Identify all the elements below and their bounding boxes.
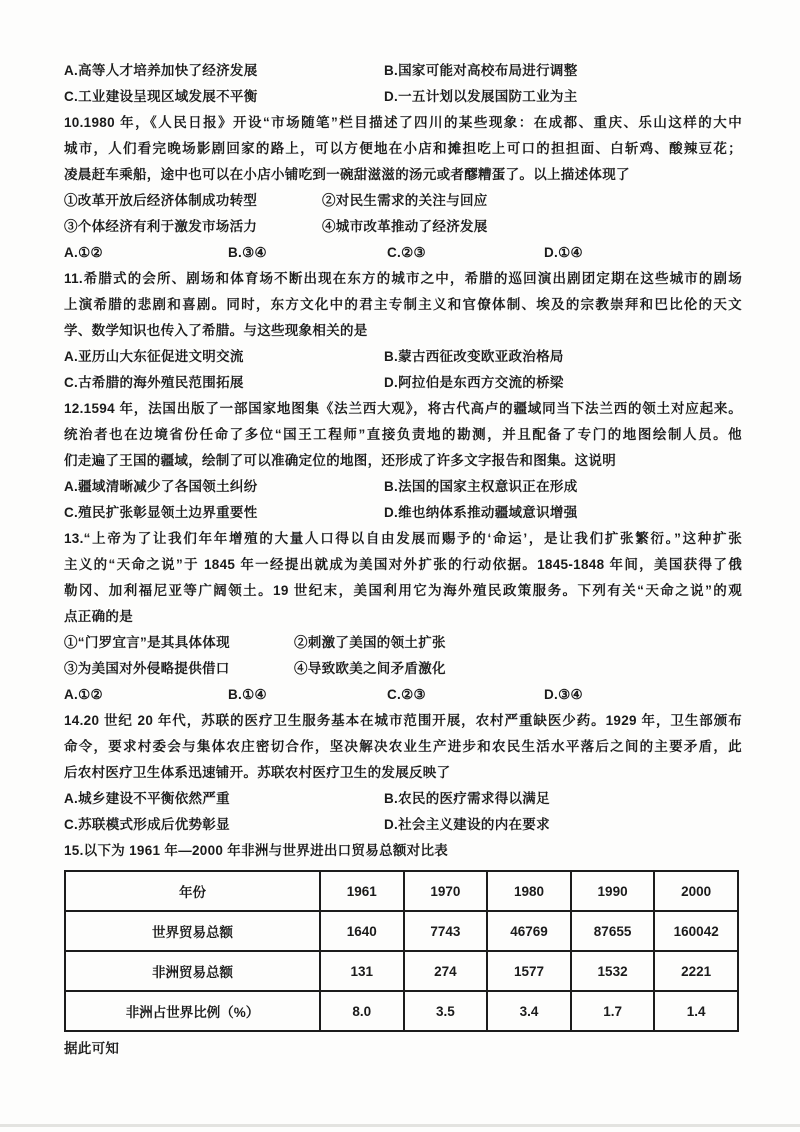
option-right: B.国家可能对高校布局进行调整 <box>384 58 578 84</box>
option-left: ①“门罗宜言”是其具体体现 <box>64 630 230 656</box>
option-right: B.法国的国家主权意识正在形成 <box>384 474 578 500</box>
option-left: A.城乡建设不平衡依然严重 <box>64 786 230 812</box>
option-right: D.阿拉伯是东西方交流的桥梁 <box>384 370 564 396</box>
option-left: C.古希腊的海外殖民范围拓展 <box>64 370 244 396</box>
table-cell: 1970 <box>404 871 488 911</box>
option-row: C.苏联模式形成后优势彰显D.社会主义建设的内在要求 <box>64 812 742 838</box>
text-line: 13.“上帝为了让我们年年增殖的大量人口得以自由发展而赐予的‘命运’，是让我们扩… <box>64 526 742 552</box>
text-line: 勒冈、加利福尼亚等广阔领土。19 世纪末，美国利用它为海外殖民政策服务。下列有关… <box>64 578 742 604</box>
answer-choice: D.③④ <box>544 682 583 708</box>
option-right: ④城市改革推动了经济发展 <box>322 214 488 240</box>
text-line: 上演希腊的悲剧和喜剧。同时，东方文化中的君主专制主义和官僚体制、埃及的宗教崇拜和… <box>64 292 742 318</box>
option-left: C.工业建设呈现区域发展不平衡 <box>64 84 258 110</box>
table-header-row: 年份19611970198019902000 <box>65 871 738 911</box>
text-line: 凌晨赶车乘船，途中也可以在小店小铺吃到一碗甜滋滋的汤元或者醪糟蛋了。以上描述体现… <box>64 162 742 188</box>
table-cell: 1961 <box>320 871 404 911</box>
table-cell: 1990 <box>571 871 655 911</box>
answer-choices-row: A.①②B.①④C.②③D.③④ <box>64 682 742 708</box>
table-row-label: 非洲占世界比例（%） <box>65 991 320 1031</box>
text-line: 学、数学知识也传入了希腊。与这些现象相关的是 <box>64 318 742 344</box>
answer-choices-row: A.①②B.③④C.②③D.①④ <box>64 240 742 266</box>
option-row: A.亚历山大东征促进文明交流B.蒙古西征改变欧亚政治格局 <box>64 344 742 370</box>
table-row-label: 非洲贸易总额 <box>65 951 320 991</box>
text-line: 11.希腊式的会所、剧场和体育场不断出现在东方的城市之中，希腊的巡回演出剧团定期… <box>64 266 742 292</box>
table-cell: 46769 <box>487 911 571 951</box>
option-left: C.苏联模式形成后优势彰显 <box>64 812 230 838</box>
option-right: D.社会主义建设的内在要求 <box>384 812 550 838</box>
answer-choice: D.①④ <box>544 240 583 266</box>
table-cell: 87655 <box>571 911 655 951</box>
option-row: A.高等人才培养加快了经济发展B.国家可能对高校布局进行调整 <box>64 58 742 84</box>
option-left: ①改革开放后经济体制成功转型 <box>64 188 257 214</box>
exam-scan-page: { "document": { "type": "scanned-exam-pa… <box>0 0 800 1132</box>
option-right: ④导致欧美之间矛盾激化 <box>294 656 446 682</box>
table-cell: 8.0 <box>320 991 404 1031</box>
answer-choice: C.②③ <box>387 240 426 266</box>
option-row: ③为美国对外侵略提供借口④导致欧美之间矛盾激化 <box>64 656 742 682</box>
answer-choice: A.①② <box>64 240 103 266</box>
text-line: 14.20 世纪 20 年代，苏联的医疗卫生服务基本在城市范围开展，农村严重缺医… <box>64 708 742 734</box>
text-line: 主义的“天命之说”于 1845 年一经提出就成为美国对外扩张的行动依据。1845… <box>64 552 742 578</box>
option-row: ①改革开放后经济体制成功转型②对民生需求的关注与回应 <box>64 188 742 214</box>
answer-choice: A.①② <box>64 682 103 708</box>
text-line: 后农村医疗卫生体系迅速铺开。苏联农村医疗卫生的发展反映了 <box>64 760 742 786</box>
table-cell: 7743 <box>404 911 488 951</box>
option-right: B.蒙古西征改变欧亚政治格局 <box>384 344 564 370</box>
text-line: 统治者也在边境省份任命了多位“国王工程师”直接负责地的勘测，并且配备了专门的地图… <box>64 422 742 448</box>
table-cell: 2221 <box>654 951 738 991</box>
table-cell: 1640 <box>320 911 404 951</box>
option-right: D.维也纳体系推动疆域意识增强 <box>384 500 578 526</box>
option-left: ③为美国对外侵略提供借口 <box>64 656 230 682</box>
option-right: ②刺激了美国的领土扩张 <box>294 630 446 656</box>
table-cell: 1.7 <box>571 991 655 1031</box>
option-right: B.农民的医疗需求得以满足 <box>384 786 550 812</box>
answer-choice: B.③④ <box>228 240 267 266</box>
option-row: C.殖民扩张彰显领土边界重要性D.维也纳体系推动疆域意识增强 <box>64 500 742 526</box>
text-line: 命令，要求村委会与集体农庄密切合作，坚决解决农业生产进步和农民生活水平落后之间的… <box>64 734 742 760</box>
table-row: 世界贸易总额164077434676987655160042 <box>65 911 738 951</box>
option-row: A.城乡建设不平衡依然严重B.农民的医疗需求得以满足 <box>64 786 742 812</box>
table-row-label: 年份 <box>65 871 320 911</box>
table-cell: 3.5 <box>404 991 488 1031</box>
text-line: 们走遍了王国的疆域，绘制了可以准确定位的地图，还形成了许多文字报告和图集。这说明 <box>64 448 742 474</box>
table-cell: 1980 <box>487 871 571 911</box>
option-row: C.古希腊的海外殖民范围拓展D.阿拉伯是东西方交流的桥梁 <box>64 370 742 396</box>
option-row: C.工业建设呈现区域发展不平衡D.一五计划以发展国防工业为主 <box>64 84 742 110</box>
exam-text-block: A.高等人才培养加快了经济发展B.国家可能对高校布局进行调整C.工业建设呈现区域… <box>64 58 742 1062</box>
table-cell: 1532 <box>571 951 655 991</box>
option-right: D.一五计划以发展国防工业为主 <box>384 84 578 110</box>
table-cell: 2000 <box>654 871 738 911</box>
option-left: A.高等人才培养加快了经济发展 <box>64 58 258 84</box>
table-cell: 131 <box>320 951 404 991</box>
table-row: 非洲贸易总额131274157715322221 <box>65 951 738 991</box>
trade-table: 年份19611970198019902000世界贸易总额164077434676… <box>64 870 739 1032</box>
scan-edge-shadow <box>0 1124 800 1127</box>
option-left: A.疆域清晰减少了各国领土纠纷 <box>64 474 258 500</box>
option-right: ②对民生需求的关注与回应 <box>322 188 488 214</box>
option-left: ③个体经济有利于激发市场活力 <box>64 214 257 240</box>
table-cell: 274 <box>404 951 488 991</box>
option-row: A.疆域清晰减少了各国领土纠纷B.法国的国家主权意识正在形成 <box>64 474 742 500</box>
text-line: 12.1594 年，法国出版了一部国家地图集《法兰西大观》，将古代高卢的疆域同当… <box>64 396 742 422</box>
table-cell: 1577 <box>487 951 571 991</box>
text-line: 城市，人们看完晚场影剧回家的路上，可以方便地在小店和摊担吃上可口的担担面、白斩鸡… <box>64 136 742 162</box>
option-row: ③个体经济有利于激发市场活力④城市改革推动了经济发展 <box>64 214 742 240</box>
option-left: A.亚历山大东征促进文明交流 <box>64 344 244 370</box>
text-line: 10.1980 年，《人民日报》开设“市场随笔”栏目描述了四川的某些现象：在成都… <box>64 110 742 136</box>
text-line: 点正确的是 <box>64 604 742 630</box>
table-cell: 1.4 <box>654 991 738 1031</box>
answer-choice: C.②③ <box>387 682 426 708</box>
table-row: 非洲占世界比例（%）8.03.53.41.71.4 <box>65 991 738 1031</box>
option-left: C.殖民扩张彰显领土边界重要性 <box>64 500 258 526</box>
table-row-label: 世界贸易总额 <box>65 911 320 951</box>
text-line: 15.以下为 1961 年—2000 年非洲与世界进出口贸易总额对比表 <box>64 838 742 864</box>
table-cell: 160042 <box>654 911 738 951</box>
table-cell: 3.4 <box>487 991 571 1031</box>
text-line: 据此可知 <box>64 1036 742 1062</box>
answer-choice: B.①④ <box>228 682 267 708</box>
option-row: ①“门罗宜言”是其具体体现②刺激了美国的领土扩张 <box>64 630 742 656</box>
